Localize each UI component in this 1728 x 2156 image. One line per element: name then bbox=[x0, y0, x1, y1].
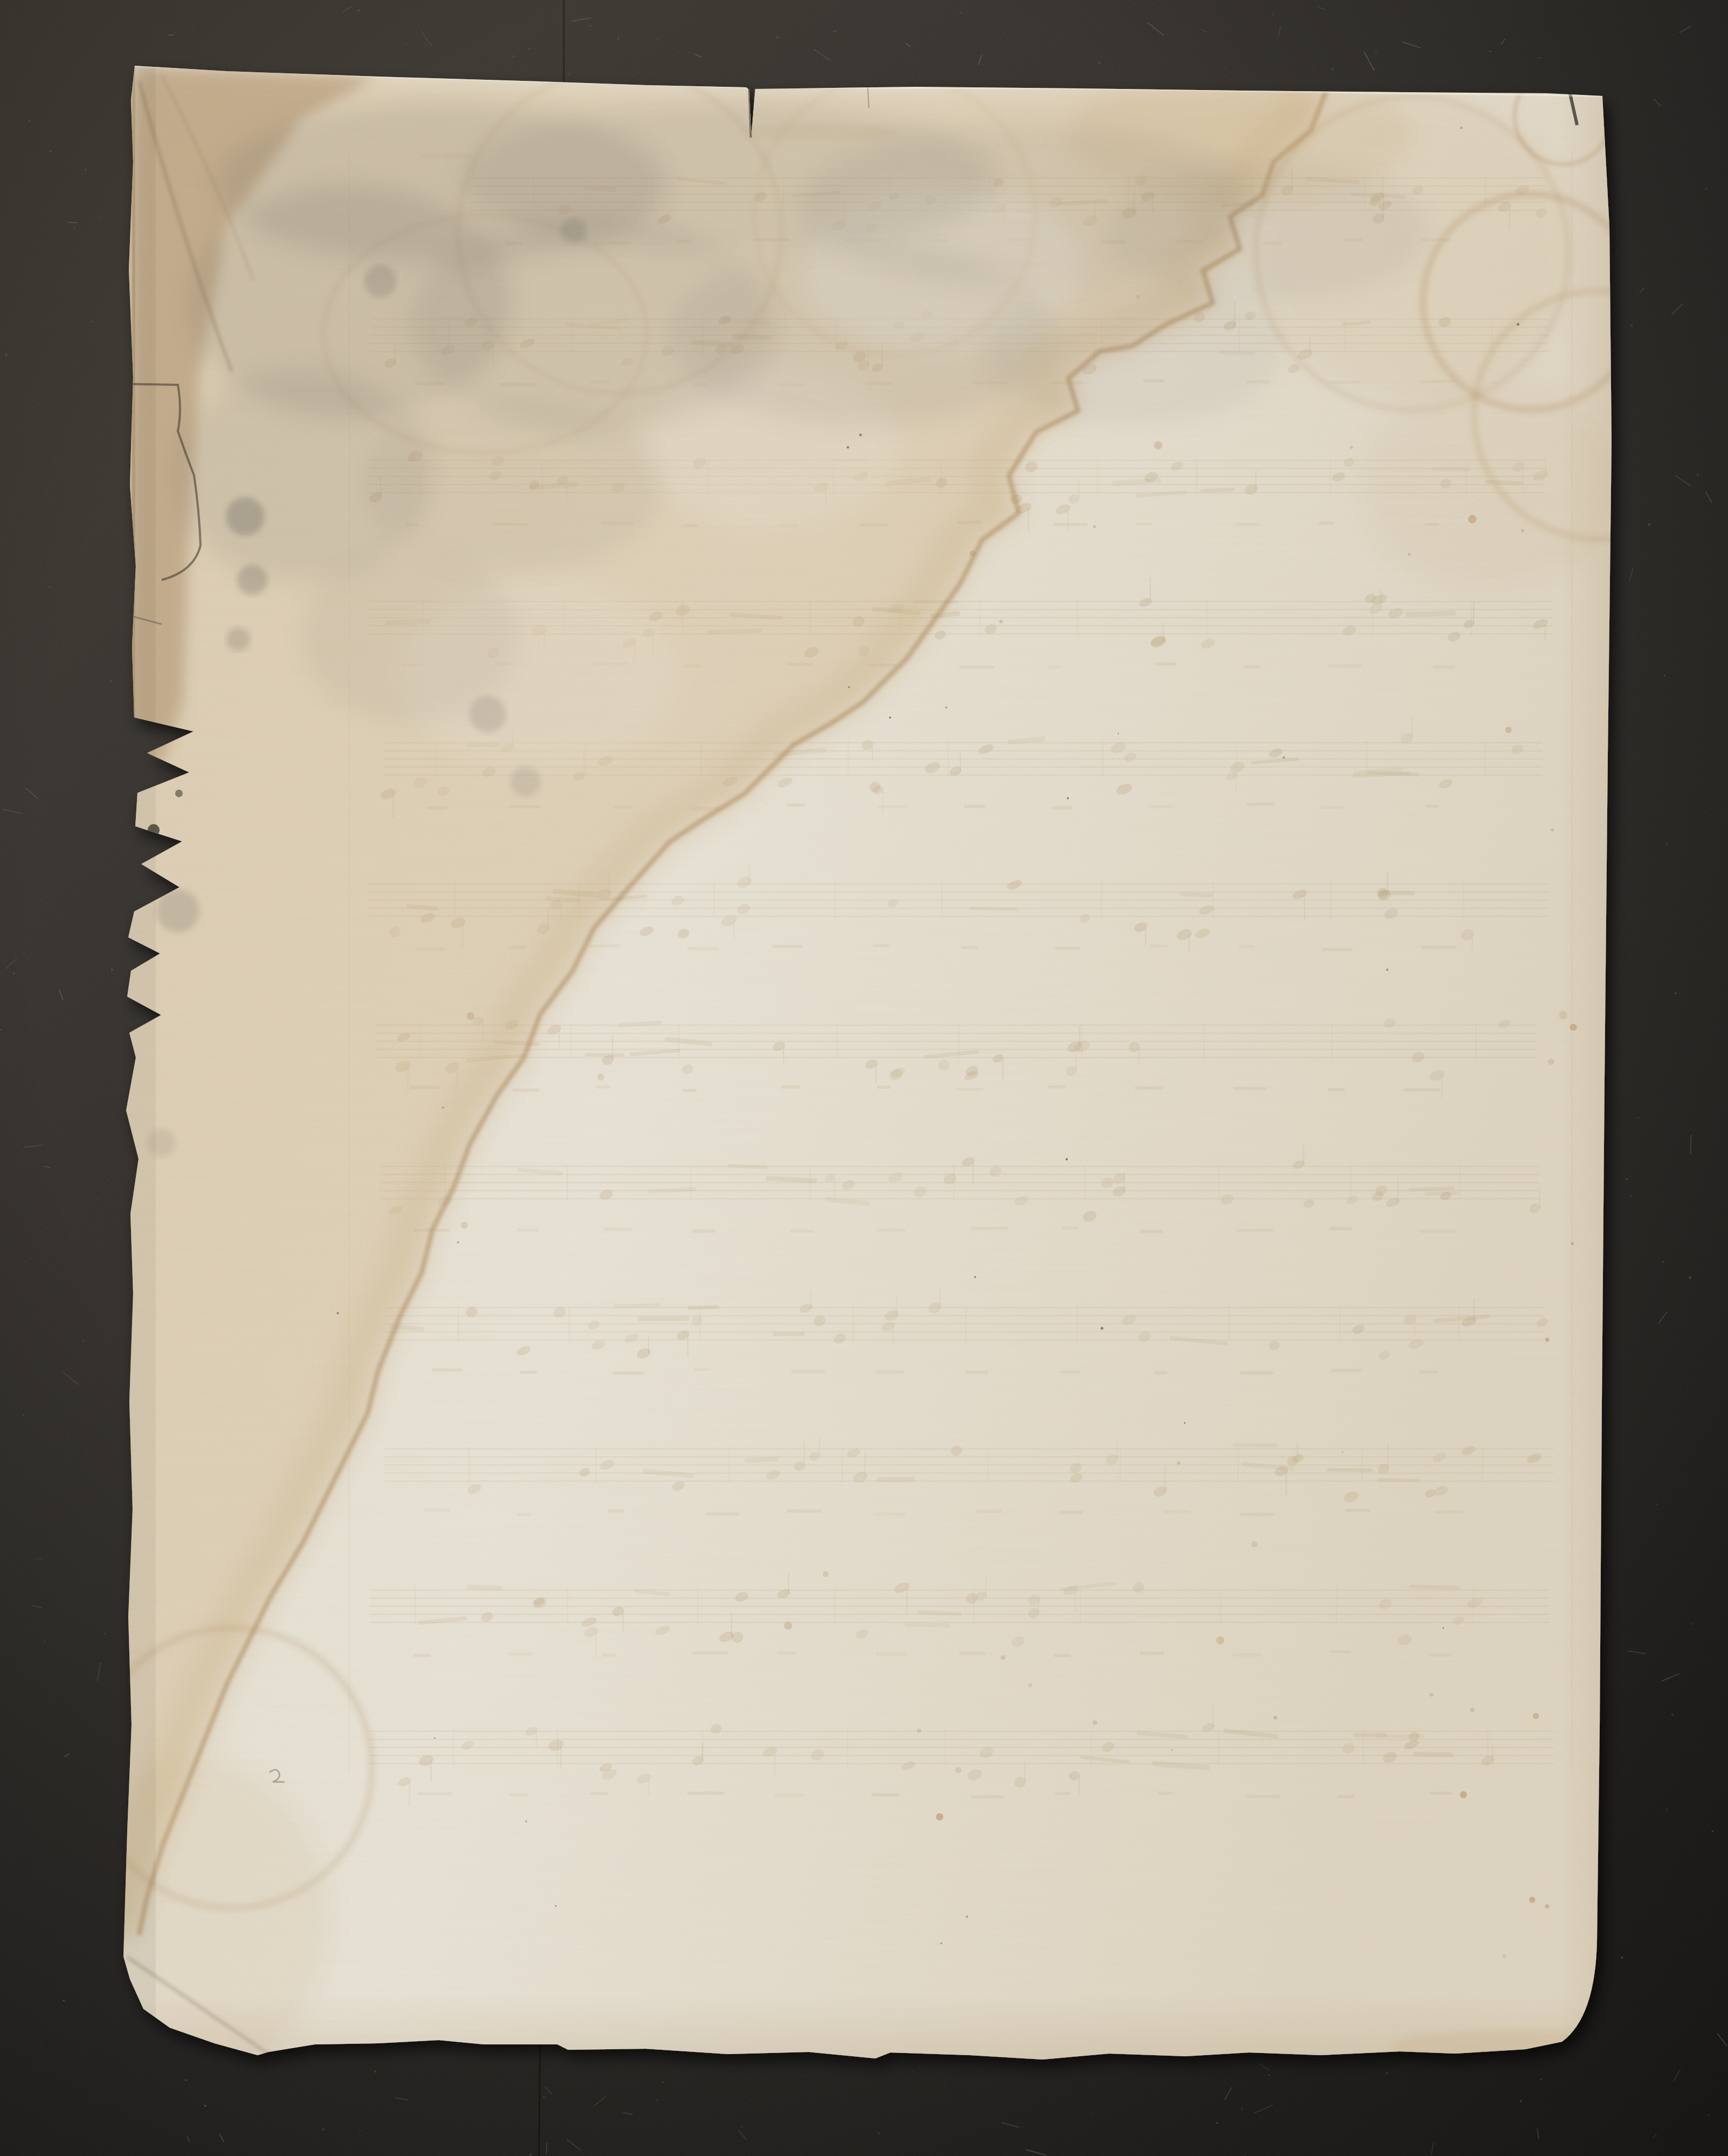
mat-speck bbox=[1687, 1386, 1688, 1387]
mat-speck bbox=[543, 2096, 545, 2098]
mount-seam-bottom bbox=[539, 2042, 540, 2156]
mat-speck bbox=[39, 2042, 40, 2043]
mat-speck bbox=[1311, 65, 1313, 67]
mat-speck bbox=[1698, 1293, 1699, 1294]
mat-speck bbox=[1675, 992, 1676, 994]
mat-speck bbox=[529, 48, 530, 50]
mat-speck bbox=[91, 321, 92, 322]
mat-speck bbox=[960, 12, 961, 13]
mat-speck bbox=[589, 25, 591, 27]
mat-speck bbox=[405, 43, 406, 44]
mat-speck bbox=[357, 9, 360, 11]
mat-speck bbox=[529, 2153, 531, 2155]
paper-surface bbox=[49, 32, 1722, 2107]
mat-speck bbox=[617, 38, 619, 40]
mat-speck bbox=[1666, 843, 1668, 845]
mat-speck bbox=[1225, 67, 1226, 68]
mat-speck bbox=[29, 120, 30, 122]
mat-speck bbox=[1349, 53, 1350, 54]
mat-speck bbox=[1705, 188, 1707, 190]
mat-speck bbox=[1636, 1757, 1637, 1758]
mat-speck bbox=[82, 1340, 85, 1342]
mat-speck bbox=[1689, 1276, 1691, 1279]
mat-speck bbox=[1631, 324, 1633, 326]
mat-speck bbox=[1098, 61, 1101, 64]
mat-speck bbox=[49, 400, 50, 402]
mat-speck bbox=[833, 31, 834, 32]
mat-speck bbox=[44, 1640, 45, 1641]
mat-speck bbox=[1489, 50, 1491, 52]
mat-speck bbox=[204, 2105, 206, 2107]
mat-speck bbox=[24, 952, 25, 953]
mat-speck bbox=[741, 2126, 742, 2127]
mat-speck bbox=[512, 56, 514, 57]
mat-speck bbox=[1268, 2074, 1269, 2075]
mat-speck bbox=[98, 217, 100, 218]
scan-photo-canvas bbox=[0, 0, 1728, 2156]
mat-speck bbox=[877, 2132, 879, 2134]
mat-speck bbox=[191, 25, 193, 27]
mat-speck bbox=[1666, 1808, 1668, 1810]
mat-speck bbox=[657, 39, 659, 40]
mat-speck bbox=[49, 586, 51, 588]
mat-speck bbox=[1691, 1623, 1692, 1625]
mat-speck bbox=[98, 1198, 99, 1199]
mat-speck bbox=[1626, 1178, 1628, 1180]
mat-speck bbox=[913, 2071, 914, 2072]
mat-speck bbox=[1671, 1713, 1674, 1716]
mat-speck bbox=[111, 969, 113, 971]
mat-speck bbox=[1271, 14, 1273, 15]
mat-speck bbox=[1540, 2078, 1542, 2080]
mat-speck bbox=[335, 3, 336, 4]
mat-speck bbox=[73, 227, 75, 229]
mat-speck bbox=[569, 74, 570, 75]
mat-speck bbox=[656, 2100, 658, 2102]
paper-grain-texture bbox=[54, 32, 1671, 2107]
mat-speck bbox=[50, 150, 52, 152]
mat-speck bbox=[1637, 1117, 1639, 1118]
mat-speck bbox=[776, 36, 778, 38]
mat-speck bbox=[1648, 523, 1650, 526]
mat-speck bbox=[827, 16, 828, 17]
mat-speck bbox=[1712, 1830, 1714, 1833]
mat-speck bbox=[322, 2128, 324, 2130]
mat-speck bbox=[697, 31, 699, 32]
mat-speck bbox=[1697, 474, 1699, 476]
mat-speck bbox=[359, 2130, 361, 2131]
scan-photo bbox=[0, 0, 1728, 2156]
mat-speck bbox=[1621, 1957, 1623, 1959]
mat-speck bbox=[1241, 2107, 1243, 2109]
mat-speck bbox=[1664, 675, 1665, 676]
mat-speck bbox=[24, 1261, 25, 1262]
mat-speck bbox=[5, 354, 8, 356]
mat-speck bbox=[109, 680, 112, 682]
mat-speck bbox=[63, 1999, 65, 2001]
mat-speck bbox=[1386, 2072, 1388, 2075]
mat-speck bbox=[13, 972, 15, 975]
mat-speck bbox=[374, 2070, 376, 2072]
mat-speck bbox=[185, 2079, 187, 2081]
mat-speck bbox=[1630, 1196, 1632, 1197]
mat-speck bbox=[1216, 2122, 1218, 2124]
mat-speck bbox=[1376, 52, 1377, 53]
mat-speck bbox=[68, 1437, 70, 1439]
mat-speck bbox=[1519, 2100, 1522, 2102]
mat-speck bbox=[1656, 1503, 1658, 1505]
mat-speck bbox=[662, 2081, 663, 2083]
mat-speck bbox=[85, 169, 87, 171]
mat-speck bbox=[20, 686, 21, 687]
mat-speck bbox=[1332, 68, 1333, 70]
mat-speck bbox=[1662, 1261, 1664, 1263]
mat-speck bbox=[1119, 68, 1120, 70]
mat-speck bbox=[1708, 2114, 1709, 2116]
mat-speck bbox=[834, 30, 836, 32]
mat-speck bbox=[23, 1414, 24, 1416]
mat-speck bbox=[105, 1633, 106, 1635]
mat-speck bbox=[1092, 2113, 1093, 2114]
